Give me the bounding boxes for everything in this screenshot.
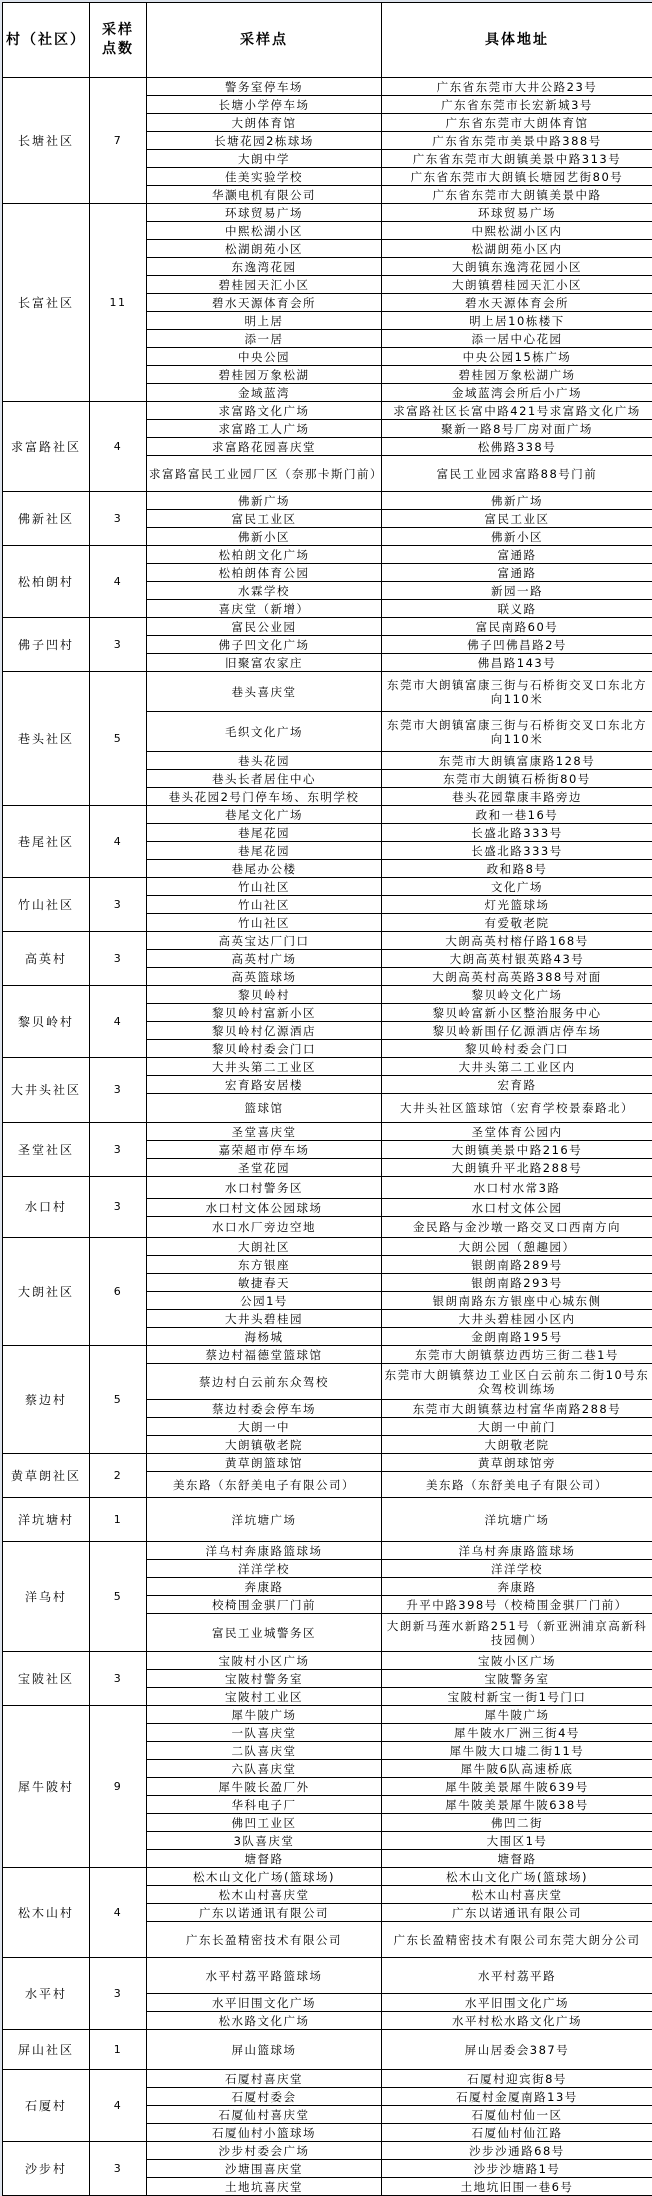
address-cell: 灯光篮球场 xyxy=(382,896,652,914)
sampling-site-cell: 敏捷春天 xyxy=(147,1274,382,1292)
address-cell: 大朗镇美景中路216号 xyxy=(382,1141,652,1159)
village-cell: 佛子凹村 xyxy=(3,618,90,672)
sampling-site-cell: 洋洋学校 xyxy=(147,1560,382,1578)
address-cell: 富民工业区 xyxy=(382,510,652,528)
site-count-cell: 4 xyxy=(90,806,147,878)
table-row: 高英村3高英宝达厂门口大朗高英村榕仔路168号 xyxy=(3,932,652,950)
sampling-site-cell: 水口村文体公园球场 xyxy=(147,1199,382,1217)
site-count-cell: 7 xyxy=(90,78,147,204)
site-count-cell: 3 xyxy=(90,932,147,986)
sampling-site-cell: 佛新小区 xyxy=(147,528,382,546)
address-cell: 大围区1号 xyxy=(382,1832,652,1850)
sampling-site-cell: 东方银座 xyxy=(147,1256,382,1274)
sampling-site-cell: 嘉荣超市停车场 xyxy=(147,1141,382,1159)
address-cell: 东莞市大朗镇蔡边村富华南路288号 xyxy=(382,1400,652,1418)
address-cell: 东莞市大朗镇石桥街80号 xyxy=(382,770,652,788)
table-row: 大朗社区6大朗社区大朗公园（憩趣园） xyxy=(3,1238,652,1256)
sampling-site-cell: 黎贝岭村富新小区 xyxy=(147,1004,382,1022)
sampling-site-cell: 竹山社区 xyxy=(147,914,382,932)
table-row: 屏山社区1屏山篮球场屏山居委会387号 xyxy=(3,2030,652,2070)
address-cell: 广东省东莞市大朗体育馆 xyxy=(382,114,652,132)
sampling-site-cell: 喜庆堂（新增） xyxy=(147,600,382,618)
address-cell: 银朗南路东方银座中心城东侧 xyxy=(382,1292,652,1310)
address-cell: 东莞市大朗镇蔡边工业区白云前东二街10号东众驾校训练场 xyxy=(382,1364,652,1400)
address-cell: 大井头社区篮球馆（宏育学校景泰路北） xyxy=(382,1094,652,1123)
sampling-site-cell: 六队喜庆堂 xyxy=(147,1760,382,1778)
table-row: 黄草朗社区2黄草朗篮球馆黄草朗球馆旁 xyxy=(3,1454,652,1472)
sampling-site-cell: 一队喜庆堂 xyxy=(147,1724,382,1742)
address-cell: 水口村水常3路 xyxy=(382,1177,652,1199)
table-row: 巷头社区5巷头喜庆堂东莞市大朗镇富康三街与石桥街交叉口东北方向110米 xyxy=(3,672,652,712)
header-sampling-site: 采样点 xyxy=(147,3,382,78)
sampling-site-cell: 海杨城 xyxy=(147,1328,382,1346)
site-count-cell: 4 xyxy=(90,546,147,618)
site-count-cell: 5 xyxy=(90,672,147,806)
table-row: 石厦村4石厦村喜庆堂石厦村迎宾街8号 xyxy=(3,2070,652,2088)
sampling-site-cell: 中央公园 xyxy=(147,348,382,366)
sampling-site-cell: 宝陂村小区广场 xyxy=(147,1652,382,1670)
village-cell: 高英村 xyxy=(3,932,90,986)
village-cell: 黎贝岭村 xyxy=(3,986,90,1058)
address-cell: 联义路 xyxy=(382,600,652,618)
sampling-site-cell: 大朗体育馆 xyxy=(147,114,382,132)
sampling-site-cell: 巷头花园2号门停车场、东明学校 xyxy=(147,788,382,806)
address-cell: 大朗一中前门 xyxy=(382,1418,652,1436)
address-cell: 佛子凹佛昌路2号 xyxy=(382,636,652,654)
sampling-site-cell: 求富路花园喜庆堂 xyxy=(147,438,382,456)
village-cell: 巷头社区 xyxy=(3,672,90,806)
address-cell: 洋洋学校 xyxy=(382,1560,652,1578)
sampling-site-cell: 巷头长者居住中心 xyxy=(147,770,382,788)
sampling-site-cell: 旧聚富农家庄 xyxy=(147,654,382,672)
address-cell: 聚新一路8号厂房对面广场 xyxy=(382,420,652,438)
sampling-site-cell: 黎贝岭村 xyxy=(147,986,382,1004)
sampling-site-cell: 洋坑塘广场 xyxy=(147,1498,382,1542)
table-row: 宝陂社区3宝陂村小区广场宝陂小区广场 xyxy=(3,1652,652,1670)
sampling-site-cell: 巷头花园 xyxy=(147,752,382,770)
address-cell: 大朗高英村高英路388号对面 xyxy=(382,968,652,986)
village-cell: 水口村 xyxy=(3,1177,90,1238)
village-cell: 佛新社区 xyxy=(3,492,90,546)
sampling-site-cell: 石厦仙村小篮球场 xyxy=(147,2124,382,2142)
address-cell: 黎贝岭富新小区整治服务中心 xyxy=(382,1004,652,1022)
village-cell: 求富路社区 xyxy=(3,402,90,492)
village-cell: 犀牛陂村 xyxy=(3,1706,90,1868)
sampling-site-cell: 石厦村委会 xyxy=(147,2088,382,2106)
address-cell: 富民工业园求富路88号门前 xyxy=(382,456,652,492)
address-cell: 明上居10栋楼下 xyxy=(382,312,652,330)
table-row: 洋坑塘村1洋坑塘广场洋坑塘广场 xyxy=(3,1498,652,1542)
address-cell: 中央公园15栋广场 xyxy=(382,348,652,366)
header-site-count: 采样点数 xyxy=(90,3,147,78)
address-cell: 环球贸易广场 xyxy=(382,204,652,222)
sampling-site-cell: 大井头第二工业区 xyxy=(147,1058,382,1076)
site-count-cell: 3 xyxy=(90,492,147,546)
address-cell: 东莞市大朗镇富康三街与石桥街交叉口东北方向110米 xyxy=(382,672,652,712)
village-cell: 长塘社区 xyxy=(3,78,90,204)
address-cell: 东莞市大朗镇蔡边西坊三街二巷1号 xyxy=(382,1346,652,1364)
sampling-site-cell: 美东路（东舒美电子有限公司） xyxy=(147,1472,382,1498)
table-row: 洋乌村5洋乌村奔康路篮球场洋乌村奔康路篮球场 xyxy=(3,1542,652,1560)
site-count-cell: 5 xyxy=(90,1346,147,1454)
sampling-site-cell: 求富路工人广场 xyxy=(147,420,382,438)
site-count-cell: 4 xyxy=(90,1868,147,1958)
site-count-cell: 4 xyxy=(90,986,147,1058)
address-cell: 银朗南路293号 xyxy=(382,1274,652,1292)
address-cell: 求富路社区长富中路421号求富路文化广场 xyxy=(382,402,652,420)
address-cell: 宝陂警务室 xyxy=(382,1670,652,1688)
site-count-cell: 1 xyxy=(90,1498,147,1542)
table-row: 犀牛陂村9犀牛陂广场犀牛陂广场 xyxy=(3,1706,652,1724)
sampling-site-cell: 大朗社区 xyxy=(147,1238,382,1256)
sampling-site-cell: 求富路富民工业园厂区（奈那卡斯门前） xyxy=(147,456,382,492)
address-cell: 长盛北路333号 xyxy=(382,824,652,842)
address-cell: 广东省东莞市美景中路388号 xyxy=(382,132,652,150)
village-cell: 松木山村 xyxy=(3,1868,90,1958)
village-cell: 黄草朗社区 xyxy=(3,1454,90,1498)
sampling-site-cell: 竹山社区 xyxy=(147,896,382,914)
sampling-site-cell: 水口水厂旁边空地 xyxy=(147,1217,382,1238)
address-cell: 美东路（东舒美电子有限公司） xyxy=(382,1472,652,1498)
address-cell: 新园一路 xyxy=(382,582,652,600)
village-cell: 长富社区 xyxy=(3,204,90,402)
village-cell: 宝陂社区 xyxy=(3,1652,90,1706)
table-row: 黎贝岭村4黎贝岭村黎贝岭文化广场 xyxy=(3,986,652,1004)
site-count-cell: 4 xyxy=(90,2070,147,2142)
sampling-site-cell: 石厦村喜庆堂 xyxy=(147,2070,382,2088)
address-cell: 大朗镇东逸湾花园小区 xyxy=(382,258,652,276)
table-row: 竹山社区3竹山社区文化广场 xyxy=(3,878,652,896)
address-cell: 富通路 xyxy=(382,564,652,582)
table-row: 巷尾社区4巷尾文化广场政和一巷16号 xyxy=(3,806,652,824)
site-count-cell: 3 xyxy=(90,1058,147,1123)
village-cell: 蔡边村 xyxy=(3,1346,90,1454)
sampling-site-cell: 富民工业城警务区 xyxy=(147,1614,382,1652)
sampling-site-cell: 奔康路 xyxy=(147,1578,382,1596)
sampling-site-cell: 蔡边村福德堂篮球馆 xyxy=(147,1346,382,1364)
address-cell: 东莞市大朗镇富康路128号 xyxy=(382,752,652,770)
address-cell: 长盛北路333号 xyxy=(382,842,652,860)
address-cell: 奔康路 xyxy=(382,1578,652,1596)
site-count-cell: 5 xyxy=(90,1542,147,1652)
sampling-site-cell: 长塘小学停车场 xyxy=(147,96,382,114)
sampling-sites-table: 村（社区） 采样点数 采样点 具体地址 长塘社区7警务室停车场广东省东莞市大井公… xyxy=(2,2,652,2153)
table-row: 求富路社区4求富路文化广场求富路社区长富中路421号求富路文化广场 xyxy=(3,402,652,420)
sampling-site-cell: 富民公业园 xyxy=(147,618,382,636)
site-count-cell: 4 xyxy=(90,402,147,492)
address-cell: 松木山村喜庆堂 xyxy=(382,1886,652,1904)
address-cell: 广东以诺通讯有限公司 xyxy=(382,1904,652,1922)
sampling-site-cell: 佳美实验学校 xyxy=(147,168,382,186)
sampling-site-cell: 添一居 xyxy=(147,330,382,348)
village-cell: 洋乌村 xyxy=(3,1542,90,1652)
sampling-site-cell: 高英村广场 xyxy=(147,950,382,968)
sampling-site-cell: 佛子凹文化广场 xyxy=(147,636,382,654)
address-cell: 巷头花园靠康丰路旁边 xyxy=(382,788,652,806)
address-cell: 松木山文化广场(篮球场) xyxy=(382,1868,652,1886)
table-row: 圣堂社区3圣堂喜庆堂圣堂体育公园内 xyxy=(3,1123,652,1141)
site-count-cell: 9 xyxy=(90,1706,147,1868)
address-cell: 政和路8号 xyxy=(382,860,652,878)
site-count-cell: 2 xyxy=(90,1454,147,1498)
sampling-site-cell: 3队喜庆堂 xyxy=(147,1832,382,1850)
sampling-site-cell: 松木山村喜庆堂 xyxy=(147,1886,382,1904)
address-cell: 大井头碧桂园小区内 xyxy=(382,1310,652,1328)
site-count-cell: 3 xyxy=(90,1958,147,2030)
sampling-site-cell: 大朗镇敬老院 xyxy=(147,1436,382,1454)
sampling-site-cell: 广东以诺通讯有限公司 xyxy=(147,1904,382,1922)
site-count-cell: 3 xyxy=(90,1177,147,1238)
address-cell: 文化广场 xyxy=(382,878,652,896)
table-row: 长富社区11环球贸易广场环球贸易广场 xyxy=(3,204,652,222)
address-cell: 犀牛陂广场 xyxy=(382,1706,652,1724)
sampling-site-cell: 华科电子厂 xyxy=(147,1796,382,1814)
address-cell: 广东省东莞市大井公路23号 xyxy=(382,78,652,96)
address-cell: 洋坑塘广场 xyxy=(382,1498,652,1542)
sampling-site-cell: 黎贝岭村委会门口 xyxy=(147,1040,382,1058)
address-cell: 石厦村金厦南路13号 xyxy=(382,2088,652,2106)
address-cell: 金朗南路195号 xyxy=(382,1328,652,1346)
address-cell: 佛新小区 xyxy=(382,528,652,546)
address-cell: 银朗南路289号 xyxy=(382,1256,652,1274)
sampling-site-cell: 碧桂园万象松湖 xyxy=(147,366,382,384)
sampling-site-cell: 大朗一中 xyxy=(147,1418,382,1436)
address-cell: 佛新广场 xyxy=(382,492,652,510)
sampling-site-cell: 求富路文化广场 xyxy=(147,402,382,420)
sampling-site-cell: 圣堂喜庆堂 xyxy=(147,1123,382,1141)
sampling-site-cell: 犀牛陂长盈厂外 xyxy=(147,1778,382,1796)
sampling-site-cell: 犀牛陂广场 xyxy=(147,1706,382,1724)
address-cell: 塘督路 xyxy=(382,1850,652,1868)
sampling-site-cell: 东逸湾花园 xyxy=(147,258,382,276)
address-cell: 沙步沙通路68号 xyxy=(382,2142,652,2154)
sampling-site-cell: 沙步村委会广场 xyxy=(147,2142,382,2154)
sampling-site-cell: 圣堂花园 xyxy=(147,1159,382,1177)
sampling-site-cell: 警务室停车场 xyxy=(147,78,382,96)
address-cell: 广东长盈精密技术有限公司东莞大朗分公司 xyxy=(382,1922,652,1958)
address-cell: 有爱敬老院 xyxy=(382,914,652,932)
sampling-site-cell: 金域蓝湾 xyxy=(147,384,382,402)
table-row: 松柏朗村4松柏朗文化广场富通路 xyxy=(3,546,652,564)
table-row: 沙步村3沙步村委会广场沙步沙通路68号 xyxy=(3,2142,652,2154)
address-cell: 中熙松湖小区内 xyxy=(382,222,652,240)
site-count-cell: 1 xyxy=(90,2030,147,2070)
address-cell: 东莞市大朗镇富康三街与石桥街交叉口东北方向110米 xyxy=(382,712,652,752)
sampling-site-cell: 毛织文化广场 xyxy=(147,712,382,752)
address-cell: 大朗公园（憩趣园） xyxy=(382,1238,652,1256)
address-cell: 佛凹二街 xyxy=(382,1814,652,1832)
table-row: 水口村3水口村警务区水口村水常3路 xyxy=(3,1177,652,1199)
address-cell: 富通路 xyxy=(382,546,652,564)
header-village: 村（社区） xyxy=(3,3,90,78)
sampling-site-cell: 广东长盈精密技术有限公司 xyxy=(147,1922,382,1958)
sampling-site-cell: 高英篮球场 xyxy=(147,968,382,986)
address-cell: 宏育路 xyxy=(382,1076,652,1094)
table-row: 蔡边村5蔡边村福德堂篮球馆东莞市大朗镇蔡边西坊三街二巷1号 xyxy=(3,1346,652,1364)
site-count-cell: 3 xyxy=(90,878,147,932)
village-cell: 大井头社区 xyxy=(3,1058,90,1123)
address-cell: 犀牛陂大口墟二街11号 xyxy=(382,1742,652,1760)
table-row: 大井头社区3大井头第二工业区大井头第二工业区内 xyxy=(3,1058,652,1076)
sampling-site-cell: 大朗中学 xyxy=(147,150,382,168)
address-cell: 松湖朗苑小区内 xyxy=(382,240,652,258)
sampling-site-cell: 松水路文化广场 xyxy=(147,2012,382,2030)
address-cell: 碧桂园万象松湖广场 xyxy=(382,366,652,384)
address-cell: 大朗高英村银英路43号 xyxy=(382,950,652,968)
table-row: 佛子凹村3富民公业园富民南路60号 xyxy=(3,618,652,636)
table-body: 长塘社区7警务室停车场广东省东莞市大井公路23号长塘小学停车场广东省东莞市长宏新… xyxy=(3,78,652,2154)
address-cell: 金域蓝湾会所后小广场 xyxy=(382,384,652,402)
sampling-site-cell: 华灏电机有限公司 xyxy=(147,186,382,204)
sampling-site-cell: 松湖朗苑小区 xyxy=(147,240,382,258)
sampling-site-cell: 明上居 xyxy=(147,312,382,330)
sampling-site-cell: 巷尾文化广场 xyxy=(147,806,382,824)
sampling-site-cell: 长塘花园2栋球场 xyxy=(147,132,382,150)
sampling-site-cell: 富民工业区 xyxy=(147,510,382,528)
sampling-site-cell: 松木山文化广场(篮球场) xyxy=(147,1868,382,1886)
sampling-site-cell: 环球贸易广场 xyxy=(147,204,382,222)
address-cell: 广东省东莞市长宏新城3号 xyxy=(382,96,652,114)
sampling-site-cell: 佛新广场 xyxy=(147,492,382,510)
sampling-site-cell: 巷尾办公楼 xyxy=(147,860,382,878)
address-cell: 金民路与金沙墩一路交叉口西南方向 xyxy=(382,1217,652,1238)
sampling-site-cell: 水平旧围文化广场 xyxy=(147,1994,382,2012)
address-cell: 水平旧围文化广场 xyxy=(382,1994,652,2012)
sampling-site-cell: 碧水天源体育会所 xyxy=(147,294,382,312)
address-cell: 水口村文体公园 xyxy=(382,1199,652,1217)
address-cell: 佛昌路143号 xyxy=(382,654,652,672)
address-cell: 广东省东莞市大朗镇美景中路313号 xyxy=(382,150,652,168)
sampling-site-cell: 宝陂村工业区 xyxy=(147,1688,382,1706)
address-cell: 屏山居委会387号 xyxy=(382,2030,652,2070)
sampling-site-cell: 佛凹工业区 xyxy=(147,1814,382,1832)
address-cell: 大朗高英村榕仔路168号 xyxy=(382,932,652,950)
address-cell: 添一居中心花园 xyxy=(382,330,652,348)
village-cell: 竹山社区 xyxy=(3,878,90,932)
sampling-site-cell: 洋乌村奔康路篮球场 xyxy=(147,1542,382,1560)
sampling-site-cell: 黄草朗篮球馆 xyxy=(147,1454,382,1472)
address-cell: 广东省东莞市大朗镇美景中路 xyxy=(382,186,652,204)
address-cell: 犀牛陂美景犀牛陂638号 xyxy=(382,1796,652,1814)
sampling-site-cell: 蔡边村白云前东众驾校 xyxy=(147,1364,382,1400)
header-address: 具体地址 xyxy=(382,3,652,78)
address-cell: 黎贝岭文化广场 xyxy=(382,986,652,1004)
address-cell: 石厦村迎宾街8号 xyxy=(382,2070,652,2088)
sampling-site-cell: 松柏朗体育公园 xyxy=(147,564,382,582)
address-cell: 黎贝岭村委会门口 xyxy=(382,1040,652,1058)
address-cell: 升平中路398号（校椅围金骐厂门前） xyxy=(382,1596,652,1614)
site-count-cell: 3 xyxy=(90,1123,147,1177)
village-cell: 水平村 xyxy=(3,1958,90,2030)
site-count-cell: 6 xyxy=(90,1238,147,1346)
sampling-site-cell: 石厦仙村喜庆堂 xyxy=(147,2106,382,2124)
address-cell: 富民南路60号 xyxy=(382,618,652,636)
village-cell: 洋坑塘村 xyxy=(3,1498,90,1542)
address-cell: 犀牛陂6队高速桥底 xyxy=(382,1760,652,1778)
address-cell: 宝陂村新宝一街1号门口 xyxy=(382,1688,652,1706)
header-row: 村（社区） 采样点数 采样点 具体地址 xyxy=(3,3,652,78)
address-cell: 黎贝岭新围仔亿源酒店停车场 xyxy=(382,1022,652,1040)
village-cell: 屏山社区 xyxy=(3,2030,90,2070)
sampling-site-cell: 公园1号 xyxy=(147,1292,382,1310)
address-cell: 碧水天源体育会所 xyxy=(382,294,652,312)
sampling-site-cell: 校椅围金骐厂门前 xyxy=(147,1596,382,1614)
sampling-site-cell: 巷尾花园 xyxy=(147,842,382,860)
address-cell: 广东省东莞市大朗镇长塘园艺街80号 xyxy=(382,168,652,186)
address-cell: 洋乌村奔康路篮球场 xyxy=(382,1542,652,1560)
address-cell: 宝陂小区广场 xyxy=(382,1652,652,1670)
address-cell: 大井头第二工业区内 xyxy=(382,1058,652,1076)
village-cell: 松柏朗村 xyxy=(3,546,90,618)
address-cell: 石厦仙村仙江路 xyxy=(382,2124,652,2142)
sampling-site-cell: 宏育路安居楼 xyxy=(147,1076,382,1094)
table-row: 长塘社区7警务室停车场广东省东莞市大井公路23号 xyxy=(3,78,652,96)
sampling-site-cell: 松柏朗文化广场 xyxy=(147,546,382,564)
site-count-cell: 3 xyxy=(90,1652,147,1706)
address-cell: 石厦仙村仙一区 xyxy=(382,2106,652,2124)
village-cell: 沙步村 xyxy=(3,2142,90,2154)
sampling-site-cell: 篮球馆 xyxy=(147,1094,382,1123)
address-cell: 黄草朗球馆旁 xyxy=(382,1454,652,1472)
village-cell: 巷尾社区 xyxy=(3,806,90,878)
sampling-site-cell: 水平村荔平路篮球场 xyxy=(147,1958,382,1994)
sampling-site-cell: 二队喜庆堂 xyxy=(147,1742,382,1760)
address-cell: 松佛路338号 xyxy=(382,438,652,456)
address-cell: 大朗镇升平北路288号 xyxy=(382,1159,652,1177)
address-cell: 水平村荔平路 xyxy=(382,1958,652,1994)
site-count-cell: 3 xyxy=(90,2142,147,2154)
address-cell: 大朗镇碧桂园天汇小区 xyxy=(382,276,652,294)
village-cell: 大朗社区 xyxy=(3,1238,90,1346)
address-cell: 大朗敬老院 xyxy=(382,1436,652,1454)
sampling-site-cell: 高英宝达厂门口 xyxy=(147,932,382,950)
sampling-sites-table-sheet: 村（社区） 采样点数 采样点 具体地址 长塘社区7警务室停车场广东省东莞市大井公… xyxy=(2,2,652,2153)
address-cell: 大朗新马莲水新路251号（新亚洲浦京高新科技园侧） xyxy=(382,1614,652,1652)
village-cell: 石厦村 xyxy=(3,2070,90,2142)
sampling-site-cell: 大井头碧桂园 xyxy=(147,1310,382,1328)
sampling-site-cell: 竹山社区 xyxy=(147,878,382,896)
sampling-site-cell: 屏山篮球场 xyxy=(147,2030,382,2070)
sampling-site-cell: 黎贝岭村亿源酒店 xyxy=(147,1022,382,1040)
sampling-site-cell: 中熙松湖小区 xyxy=(147,222,382,240)
site-count-cell: 11 xyxy=(90,204,147,402)
table-row: 佛新社区3佛新广场佛新广场 xyxy=(3,492,652,510)
sampling-site-cell: 水霖学校 xyxy=(147,582,382,600)
address-cell: 圣堂体育公园内 xyxy=(382,1123,652,1141)
sampling-site-cell: 巷尾花园 xyxy=(147,824,382,842)
address-cell: 犀牛陂美景犀牛陂639号 xyxy=(382,1778,652,1796)
sampling-site-cell: 碧桂园天汇小区 xyxy=(147,276,382,294)
sampling-site-cell: 塘督路 xyxy=(147,1850,382,1868)
village-cell: 圣堂社区 xyxy=(3,1123,90,1177)
table-row: 松木山村4松木山文化广场(篮球场)松木山文化广场(篮球场) xyxy=(3,1868,652,1886)
sampling-site-cell: 水口村警务区 xyxy=(147,1177,382,1199)
sampling-site-cell: 宝陂村警务室 xyxy=(147,1670,382,1688)
address-cell: 政和一巷16号 xyxy=(382,806,652,824)
address-cell: 水平村松水路文化广场 xyxy=(382,2012,652,2030)
sampling-site-cell: 蔡边村委会停车场 xyxy=(147,1400,382,1418)
sampling-site-cell: 巷头喜庆堂 xyxy=(147,672,382,712)
table-row: 水平村3水平村荔平路篮球场水平村荔平路 xyxy=(3,1958,652,1994)
site-count-cell: 3 xyxy=(90,618,147,672)
address-cell: 犀牛陂水厂洲三街4号 xyxy=(382,1724,652,1742)
